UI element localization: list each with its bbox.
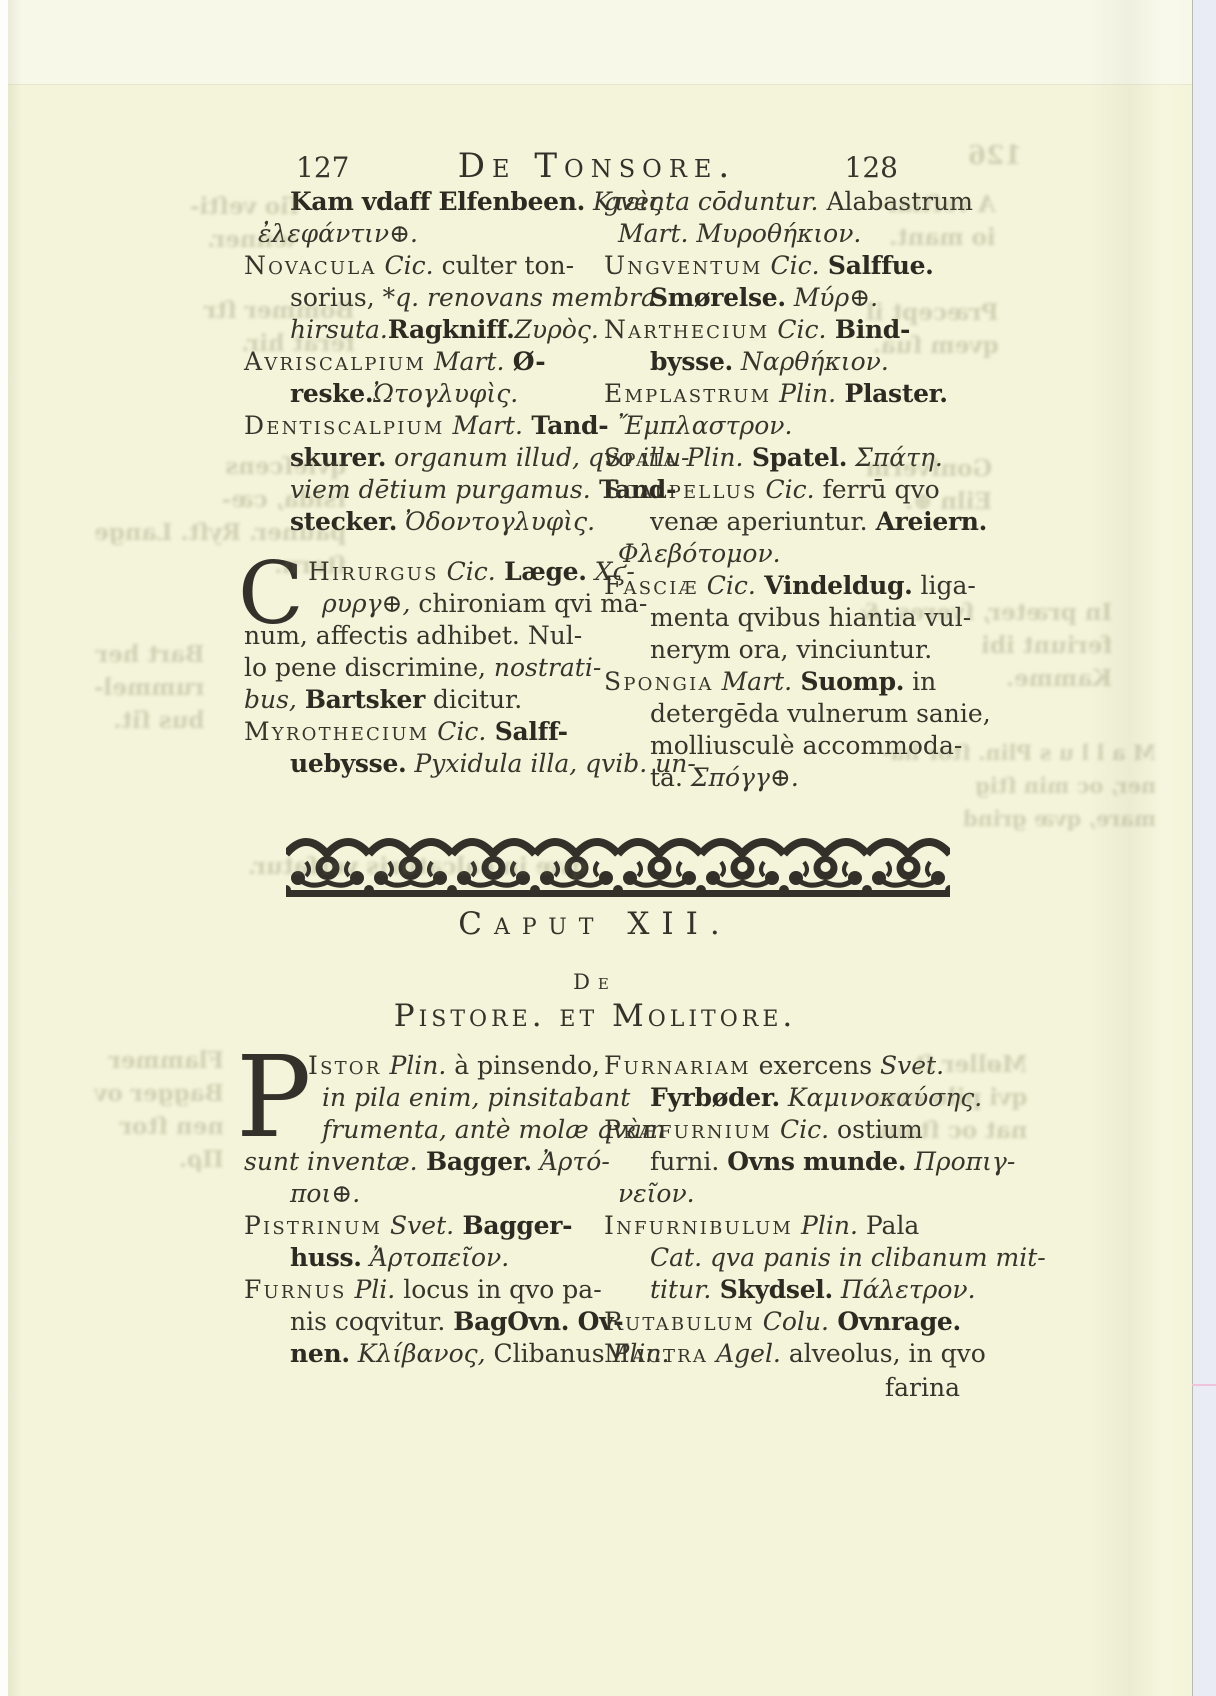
- text-line: Hirurgus Cic. Læge. Χϛ-: [308, 556, 604, 588]
- bleedthrough-ghost: Bommer ſtr ferat hir.: [204, 294, 355, 360]
- dictionary-entry: Pistrinum Svet. Bagger-huss. Ἀρτοπεῖον.: [244, 1210, 604, 1274]
- bleedthrough-ghost: Gonſverm Eiln ⊕.: [866, 452, 992, 518]
- bleedthrough-ghost: A veſtiar- io mant.: [876, 188, 996, 254]
- text-line: furni. Ovns munde. Προπιγ-: [650, 1146, 964, 1178]
- chapter-de: De: [244, 970, 946, 994]
- bleedthrough-ghost: Flammer Bagger ov nen ſtor Πρ.: [94, 1044, 224, 1176]
- bleedthrough-ghost: Præcept il qvem ſua.: [866, 296, 999, 362]
- text-line: ἐλεφάντιν⊕.: [258, 218, 604, 250]
- text-line: bus, Bartsker dicitur.: [244, 684, 604, 716]
- dictionary-entry: Mactra Agel. alveolus, in qvo: [604, 1338, 964, 1370]
- paper: 127 De Tonsore. 128 Kam vdaff Elfenbeen.…: [8, 0, 1192, 1696]
- left-edge-shadow: [8, 0, 22, 1696]
- bleedthrough-ghost: Bart her rummel- bus ſit.: [94, 638, 204, 737]
- chapter-title: Pistore. et Molitore.: [244, 998, 946, 1034]
- drop-cap: P: [236, 1052, 311, 1144]
- page-top-band: [8, 0, 1192, 85]
- text-line: titur. Skydsel. Πάλετρον.: [650, 1274, 964, 1306]
- text-line: Emplastrum Plin. Plaster.: [604, 378, 964, 410]
- dictionary-entry: Infurnibulum Plin. PalaCat. qva panis in…: [604, 1210, 964, 1306]
- running-title: De Tonsore.: [458, 146, 736, 186]
- text-line: Istor Plin. à pinsendo,: [308, 1050, 604, 1082]
- column-left-bottom: PIstor Plin. à pinsendo,in pila enim, pi…: [244, 1050, 604, 1370]
- text-line: ρυργ⊕, chironiam qvi ma-: [322, 588, 604, 620]
- text-line: νεῖον.: [618, 1178, 964, 1210]
- page-edge-line: [1192, 0, 1193, 1696]
- bleedthrough-ghost: 126: [968, 140, 1022, 173]
- dictionary-entry: Furnus Pli. locus in qvo pa-nis coqvitur…: [244, 1274, 604, 1370]
- bleedthrough-ghost: M a l l u s Plin. ſtor ha- ner, oc min ſ…: [882, 736, 1156, 835]
- text-line: in pila enim, pinsitabant: [322, 1082, 604, 1114]
- text-line: frumenta, antè molæ qvàm: [322, 1114, 604, 1146]
- bleedthrough-ghost: qvieſcens ſsida, cæ- pauner. Ryſt. Lange…: [94, 450, 346, 582]
- text-line: detergēda vulnerum sanie,: [650, 698, 964, 730]
- text-line: Dentiscalpium Mart. Tand-: [244, 410, 604, 442]
- text-line: Pistrinum Svet. Bagger-: [244, 1210, 604, 1242]
- running-head: 127 De Tonsore. 128: [296, 146, 898, 186]
- text-line: huss. Ἀρτοπεῖον.: [290, 1242, 604, 1274]
- text-line: Ungventum Cic. Salffue.: [604, 250, 964, 282]
- text-line: uebysse. Pyxidula illa, qvib. un-: [290, 748, 604, 780]
- text-line: nis coqvitur. BagOvn. Ov-: [290, 1306, 604, 1338]
- text-line: farina: [604, 1372, 960, 1404]
- text-line: ποι⊕.: [290, 1178, 604, 1210]
- text-line: lo pene discrimine, nostrati-: [244, 652, 604, 684]
- text-line: Φλεβότομον.: [618, 538, 964, 570]
- text-line: Furnus Pli. locus in qvo pa-: [244, 1274, 604, 1306]
- text-line: Myrothecium Cic. Salff-: [244, 716, 604, 748]
- bleedthrough-ghost: qvæ in calcaturis verſatur.: [248, 850, 587, 883]
- page-number-right: 128: [845, 151, 898, 184]
- text-line: reske.Ὠτογλυφὶς.: [290, 378, 604, 410]
- dictionary-entry: Rutabulum Colu. Ovnrage.: [604, 1306, 964, 1338]
- fold-shadow: [1088, 0, 1192, 1696]
- dictionary-entry: Emplastrum Plin. Plaster.Ἔμπλαστρον.: [604, 378, 964, 442]
- pink-scan-artifact-line: [1192, 1384, 1216, 1386]
- catchword: farina: [604, 1372, 964, 1404]
- text-line: Rutabulum Colu. Ovnrage.: [604, 1306, 964, 1338]
- dictionary-entry: PIstor Plin. à pinsendo,in pila enim, pi…: [244, 1050, 604, 1210]
- text-line: nen. Κλίβανος, Clibanus Plin.: [290, 1338, 604, 1370]
- text-line: Mactra Agel. alveolus, in qvo: [604, 1338, 964, 1370]
- bleedthrough-ghost: Møller ſt qvi pilo ever- nat oc ſtam.: [860, 1048, 1027, 1147]
- text-line: Infurnibulum Plin. Pala: [604, 1210, 964, 1242]
- bleedthrough-ghost: In præter, ſveres, & feriunt ibi Kamme.: [860, 596, 1112, 695]
- text-line: Cat. qva panis in clibanum mit-: [650, 1242, 964, 1274]
- dictionary-entry: Myrothecium Cic. Salff-uebysse. Pyxidula…: [244, 716, 604, 780]
- page-number-left: 127: [296, 151, 349, 184]
- text-line: Kam vdaff Elfenbeen. Κτεὶς: [290, 186, 604, 218]
- scanner-background-strip: [1192, 0, 1216, 1696]
- text-line: Ἔμπλαστρον.: [618, 410, 964, 442]
- chapter-number: Caput XII.: [244, 906, 946, 942]
- bleedthrough-ghost: ſio veſti- ꝛenner.: [190, 190, 299, 256]
